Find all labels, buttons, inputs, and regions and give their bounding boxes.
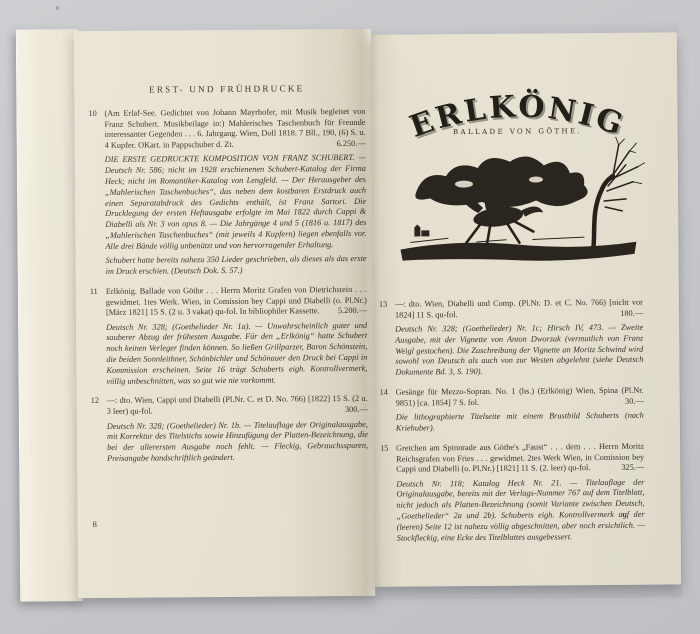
woodcut-vignette xyxy=(400,137,646,262)
page-header: ERST- UND FRÜHDRUCKE xyxy=(88,83,365,96)
entry-number: 12 xyxy=(91,396,107,418)
page-number-left: 8 xyxy=(93,519,97,529)
dust-speck xyxy=(56,6,59,10)
entry-body: —: dto. Wien, Cappi und Diabelli (Pl.Nr.… xyxy=(107,394,368,418)
entry-price: 6.250.— xyxy=(337,139,366,150)
entry-number: 13 xyxy=(379,300,395,322)
entry-body: (Am Erlaf-See. Gedichtet von Johann Mayr… xyxy=(104,107,365,152)
right-page: ERLKÖNIG ERLKÖNIG BALLADE VON GÖTHE. xyxy=(371,32,681,586)
catalog-entry-11: 11 Erlkönig. Ballade von Göthe . . . Her… xyxy=(90,285,368,388)
entry-body: Erlkönig. Ballade von Göthe . . . Herrn … xyxy=(106,285,367,319)
entry-note: Deutsch Nr. 328; (Goethelieder Nr. 1a). … xyxy=(106,320,368,387)
entry-note: DIE ERSTE GEDRUCKTE KOMPOSITION VON FRAN… xyxy=(105,153,367,252)
erlkoenig-illustration: ERLKÖNIG ERLKÖNIG BALLADE VON GÖTHE. xyxy=(385,83,650,271)
erlkoenig-title-plate: ERLKÖNIG ERLKÖNIG BALLADE VON GÖTHE. xyxy=(385,83,650,276)
entry-number: 11 xyxy=(90,287,106,320)
entry-price: 325.— xyxy=(621,463,644,474)
entry-body: Gretchen am Spinnrade aus Göthe's „Faust… xyxy=(396,441,644,475)
entry-note: Deutsch Nr. 328; (Goethelieder) Nr. 1c; … xyxy=(395,323,643,379)
book-cover-edge xyxy=(16,29,83,601)
entry-note: Deutsch Nr. 328; (Goethelieder) Nr. 1b. … xyxy=(107,419,368,464)
entry-body: —: dto. Wien, Diabelli und Comp. (Pl.Nr.… xyxy=(395,298,643,322)
entry-price: 30.— xyxy=(625,397,644,408)
plate-subtitle: BALLADE VON GÖTHE. xyxy=(453,126,582,136)
catalog-entry-10: 10 (Am Erlaf-See. Gedichtet von Johann M… xyxy=(88,107,366,278)
catalog-entry-13: 13 —: dto. Wien, Diabelli und Comp. (Pl.… xyxy=(379,298,644,379)
entry-number: 15 xyxy=(380,443,396,476)
entry-note: Deutsch Nr. 118; Katalog Heck Nr. 21. — … xyxy=(396,477,645,544)
entry-note: Schubert hatte bereits nahezu 350 Lieder… xyxy=(106,254,367,278)
entry-price: 300.— xyxy=(345,405,368,416)
entry-number: 10 xyxy=(88,109,104,152)
entry-number: 14 xyxy=(380,388,396,410)
entry-note: Die lithographierte Titelseite mit einem… xyxy=(396,411,644,435)
entry-body: Gesänge für Mezzo-Sopran. No. 1 (hs.) (E… xyxy=(396,386,644,410)
photo-background: ERST- UND FRÜHDRUCKE 10 (Am Erlaf-See. G… xyxy=(0,0,700,634)
page-number-right: 9 xyxy=(622,511,626,521)
catalog-entry-14: 14 Gesänge für Mezzo-Sopran. No. 1 (hs.)… xyxy=(380,386,644,435)
open-book: ERST- UND FRÜHDRUCKE 10 (Am Erlaf-See. G… xyxy=(16,23,682,602)
entry-price: 180.— xyxy=(620,308,643,319)
entry-price: 5.200.— xyxy=(338,306,367,317)
left-page: ERST- UND FRÜHDRUCKE 10 (Am Erlaf-See. G… xyxy=(74,29,375,598)
catalog-entry-15: 15 Gretchen am Spinnrade aus Göthe's „Fa… xyxy=(380,441,645,544)
catalog-entry-12: 12 —: dto. Wien, Cappi und Diabelli (Pl.… xyxy=(91,394,369,464)
